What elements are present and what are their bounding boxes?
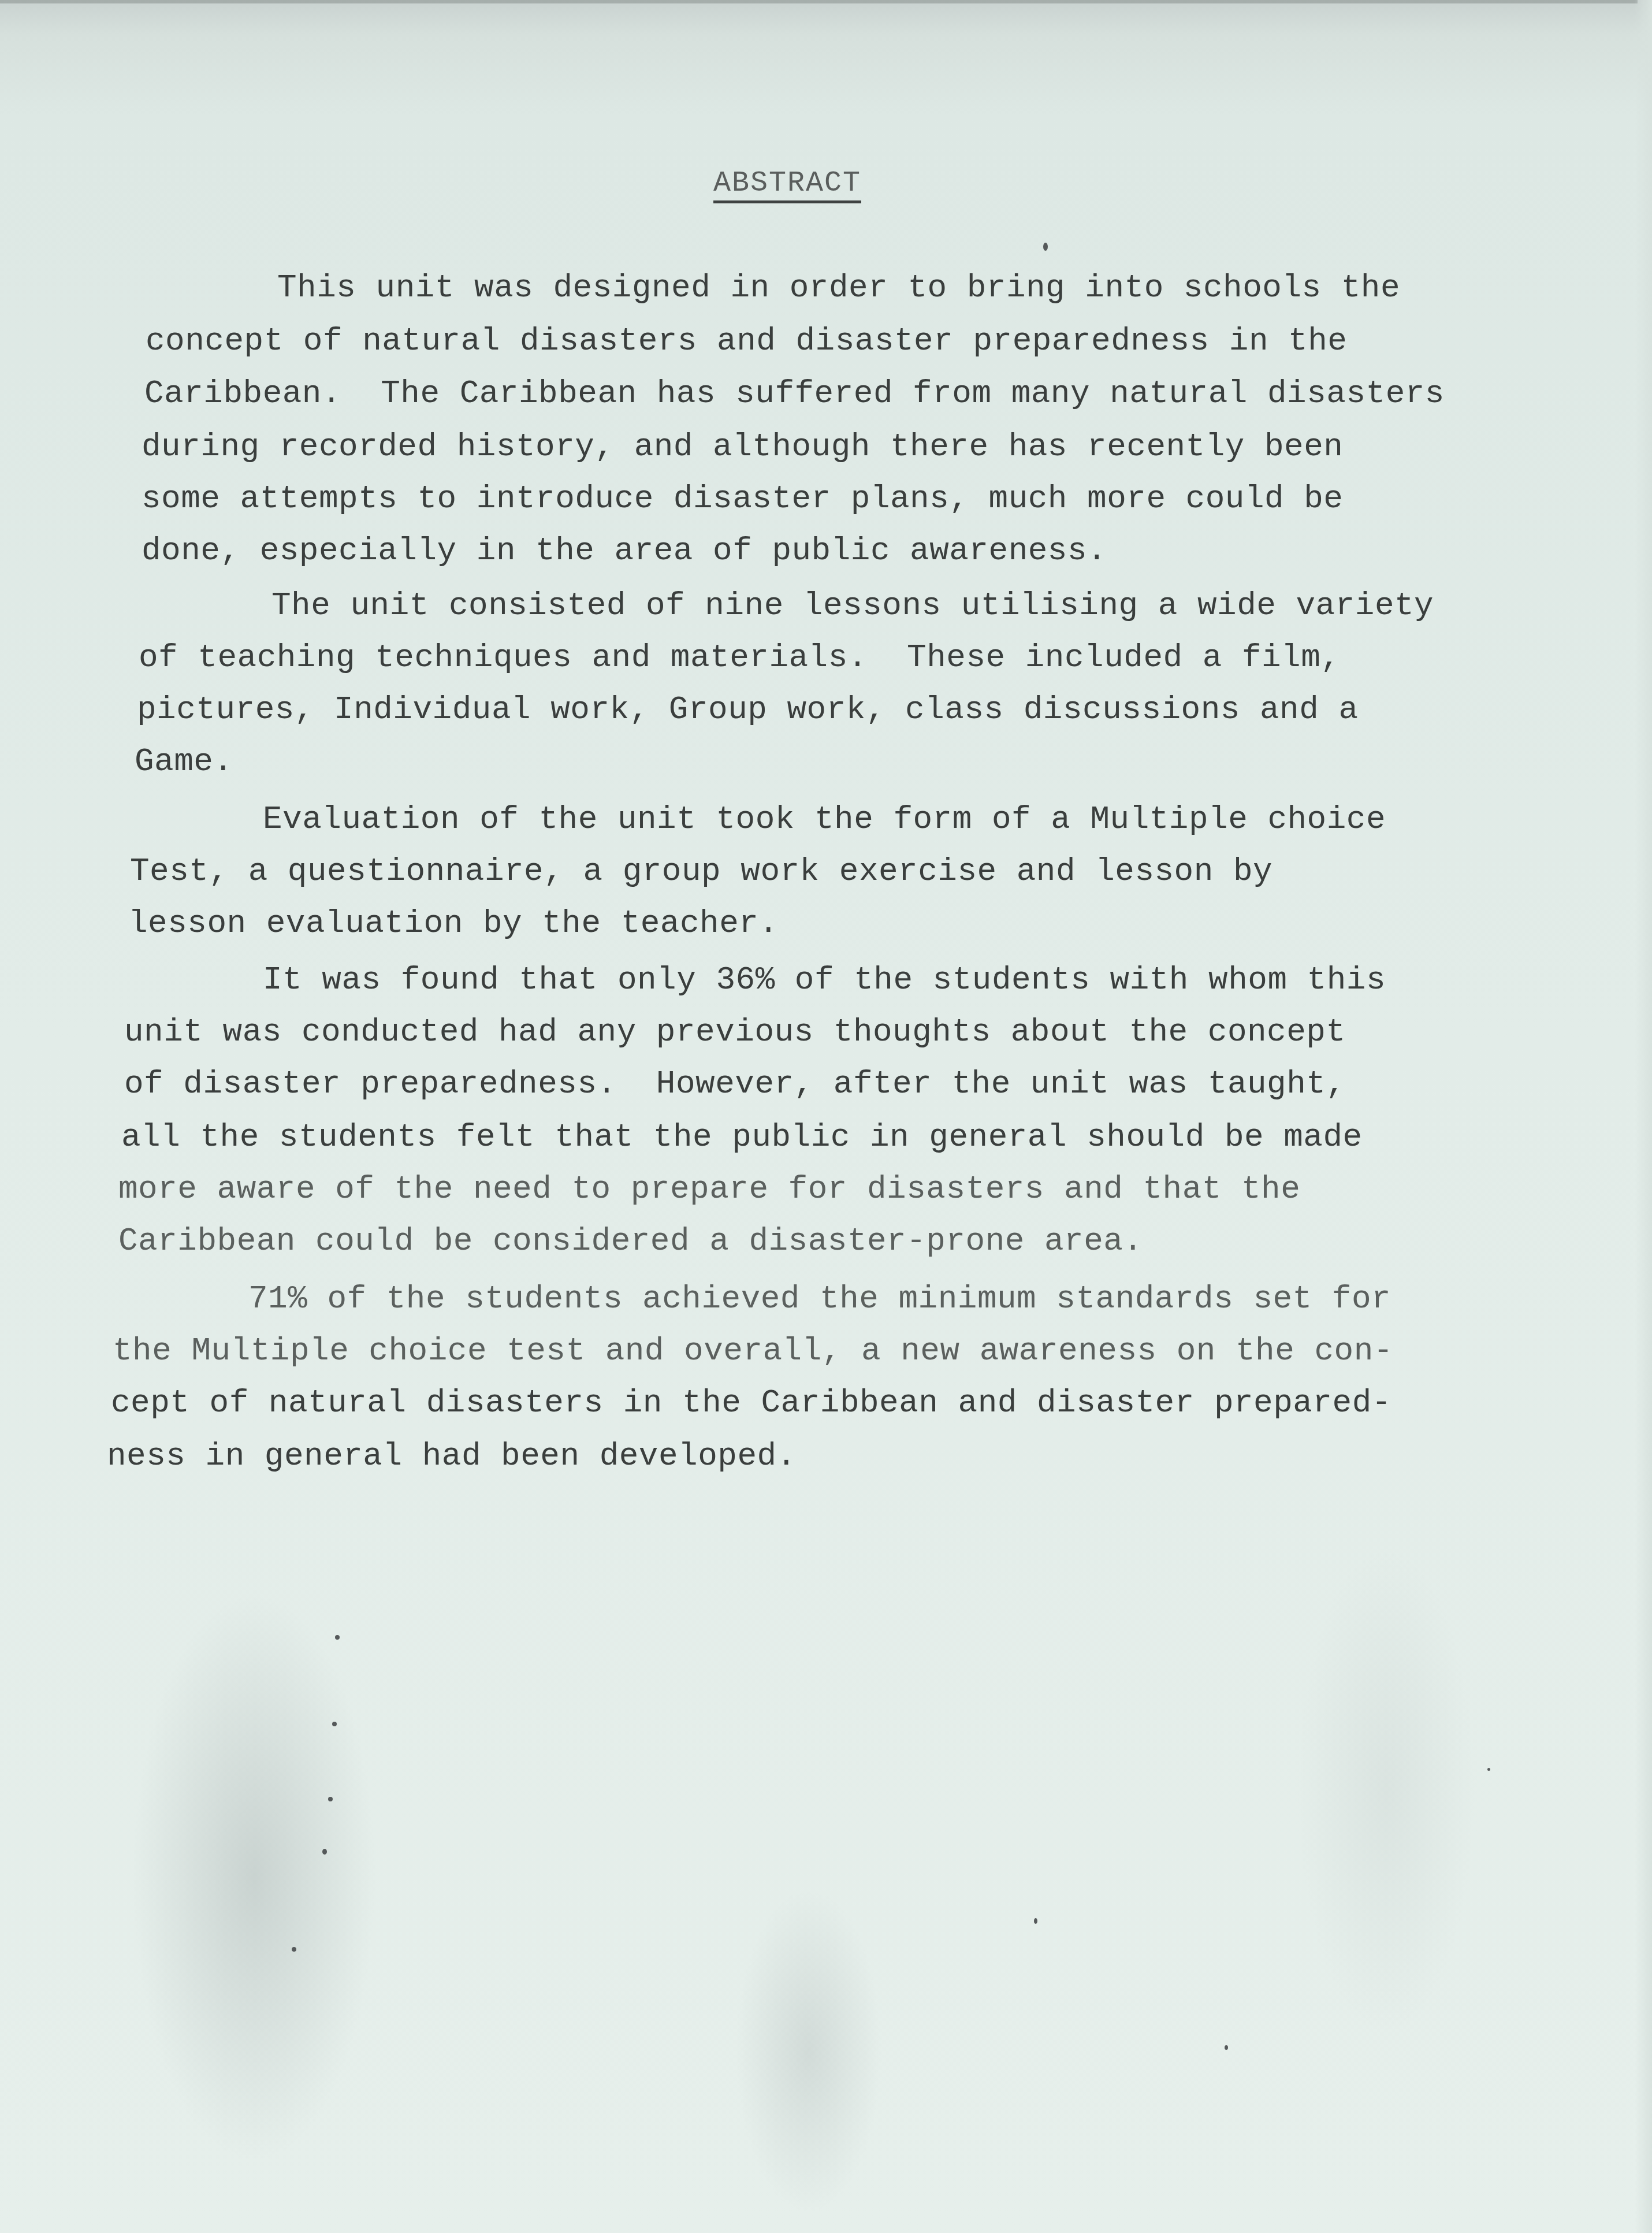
text-line: This unit was designed in order to bring… <box>277 272 1400 304</box>
text-line: all the students felt that the public in… <box>121 1121 1363 1153</box>
text-line: It was found that only 36% of the studen… <box>263 964 1386 996</box>
ink-speck <box>332 1722 337 1726</box>
text-line: concept of natural disasters and disaste… <box>146 325 1347 357</box>
text-line: Test, a questionnaire, a group work exer… <box>130 855 1273 887</box>
ink-speck <box>1034 1918 1037 1924</box>
text-line: of teaching techniques and materials. Th… <box>139 641 1340 674</box>
text-line: unit was conducted had any previous thou… <box>124 1016 1346 1048</box>
ink-speck <box>1043 243 1048 251</box>
text-line: the Multiple choice test and overall, a … <box>113 1335 1393 1367</box>
text-line: done, especially in the area of public a… <box>142 534 1107 567</box>
text-line: pictures, Individual work, Group work, c… <box>137 693 1359 726</box>
text-line: during recorded history, and although th… <box>142 430 1343 463</box>
ink-speck <box>328 1797 333 1801</box>
text-line: The unit consisted of nine lessons utili… <box>271 589 1434 622</box>
text-line: Game. <box>135 745 233 778</box>
text-line: Caribbean could be considered a disaster… <box>118 1225 1143 1257</box>
ink-speck <box>335 1635 340 1640</box>
text-line: some attempts to introduce disaster plan… <box>142 482 1343 515</box>
text-line: ness in general had been developed. <box>107 1440 797 1472</box>
ink-speck <box>322 1849 327 1855</box>
abstract-heading: ABSTRACT <box>713 168 861 203</box>
ink-speck <box>292 1947 296 1952</box>
text-line: more aware of the need to prepare for di… <box>118 1173 1300 1205</box>
page-right-edge <box>1635 0 1652 2233</box>
ink-speck <box>1225 2045 1228 2050</box>
page-top-edge <box>0 0 1638 3</box>
text-line: 71% of the students achieved the minimum… <box>248 1283 1391 1315</box>
text-line: Evaluation of the unit took the form of … <box>263 803 1386 835</box>
text-line: of disaster preparedness. However, after… <box>124 1068 1346 1100</box>
text-line: lesson evaluation by the teacher. <box>128 907 778 939</box>
text-line: Caribbean. The Caribbean has suffered fr… <box>144 377 1445 410</box>
ink-speck <box>1487 1768 1490 1771</box>
text-line: cept of natural disasters in the Caribbe… <box>111 1387 1391 1419</box>
